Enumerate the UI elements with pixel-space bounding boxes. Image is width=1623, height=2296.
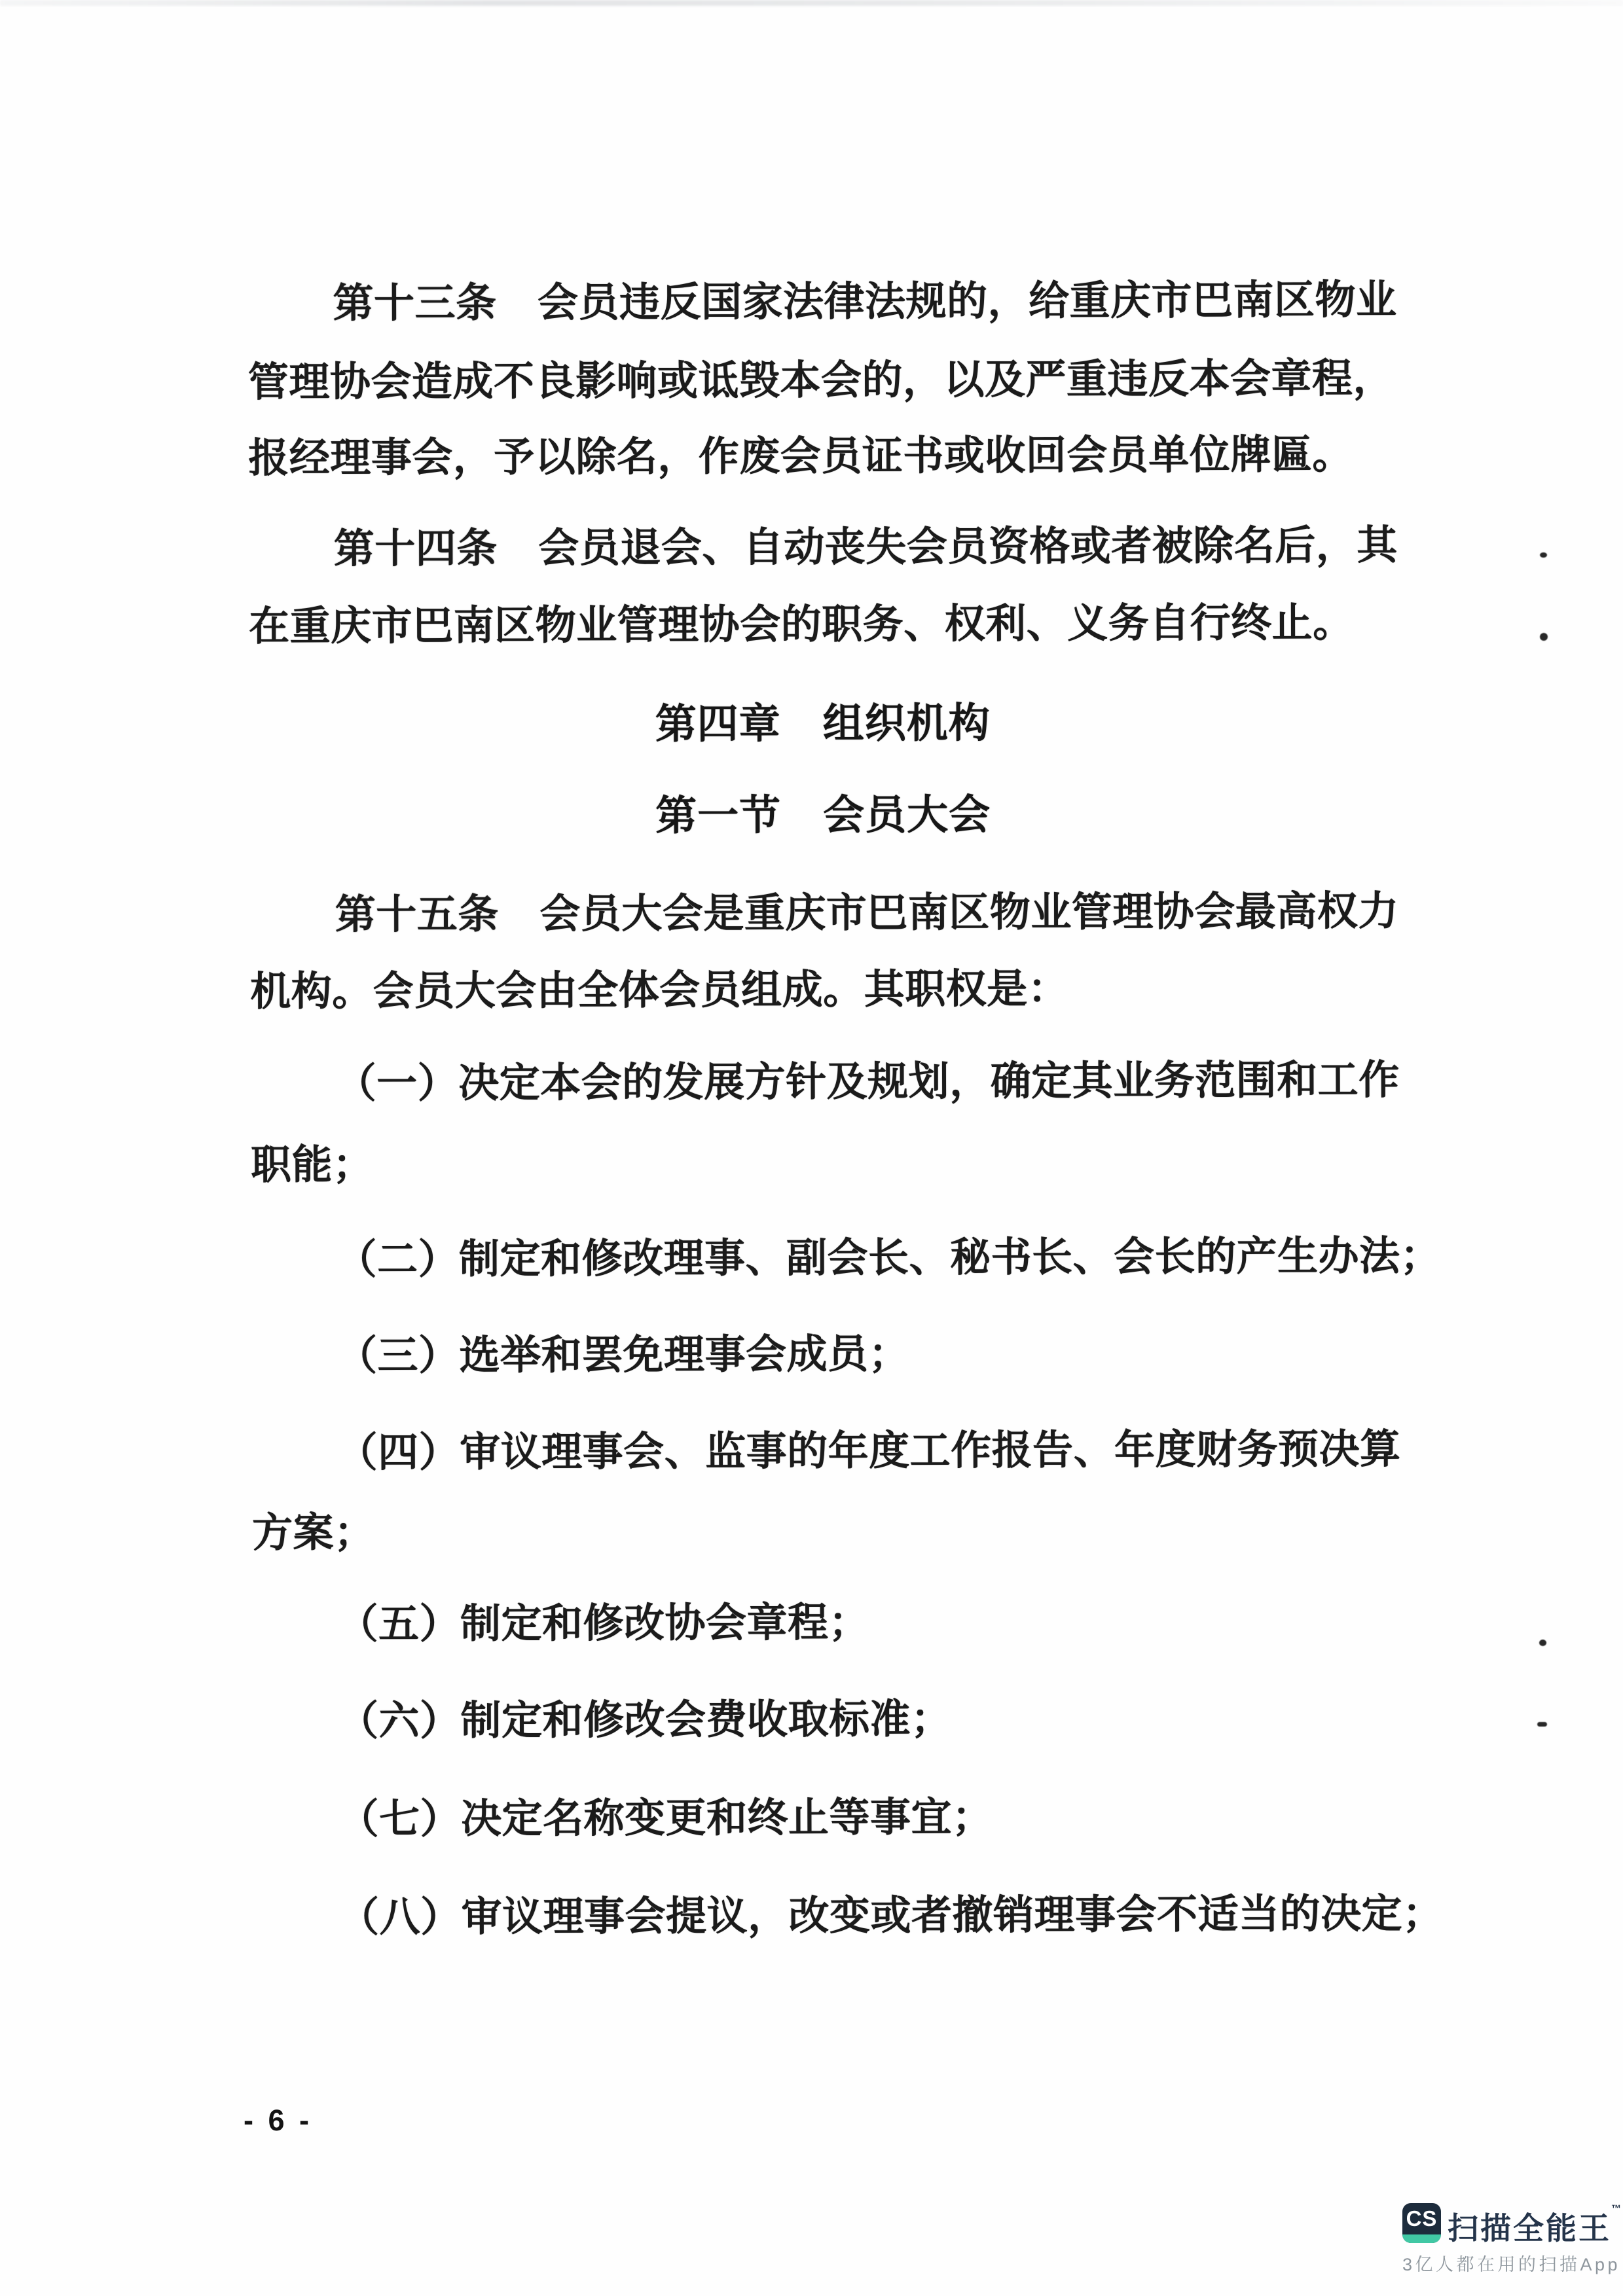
paragraph-13-line-2: 管理协会造成不良影响或诋毁本会的，以及严重违反本会章程， xyxy=(248,357,1394,405)
scan-speck xyxy=(1540,552,1547,558)
article-14-label: 第十四条 xyxy=(334,527,498,572)
paragraph-14-text-1: 会员退会、自动丧失会员资格或者被除名后，其 xyxy=(498,524,1398,571)
item-6-line: （六）制定和修改会费收取标准； xyxy=(338,1697,952,1744)
paragraph-13-line-3: 报经理事会，予以除名，作废会员证书或收回会员单位牌匾。 xyxy=(248,433,1353,481)
camscanner-icon-letters: CS xyxy=(1402,2206,1441,2231)
scan-speck xyxy=(1539,1640,1546,1646)
paragraph-15-line-1: 第十五条 会员大会是重庆市巴南区物业管理协会最高权力 xyxy=(335,889,1399,938)
scan-speck xyxy=(1537,1722,1547,1727)
camscanner-icon-accent-strip xyxy=(1402,2234,1441,2243)
item-1-line-2: 职能； xyxy=(251,1143,374,1188)
article-15-label: 第十五条 xyxy=(335,893,499,938)
item-5-line: （五）制定和修改协会章程； xyxy=(337,1601,869,1647)
chapter-4-heading: 第四章 组织机构 xyxy=(249,700,1396,749)
item-8-line: （八）审议理事会提议，改变或者撤销理事会不适当的决定； xyxy=(338,1892,1444,1941)
camscanner-app-name: 扫描全能王™ xyxy=(1448,2204,1621,2248)
paragraph-15-line-2: 机构。会员大会由全体会员组成。其职权是： xyxy=(250,967,1068,1015)
page-number: - 6 - xyxy=(244,2104,312,2138)
scanned-document-page: 第十三条 会员违反国家法律法规的，给重庆市巴南区物业 管理协会造成不良影响或诋毁… xyxy=(0,0,1623,2296)
paragraph-14-line-2: 在重庆市巴南区物业管理协会的职务、权利、义务自行终止。 xyxy=(249,601,1354,649)
scan-speck xyxy=(1540,633,1548,641)
camscanner-logo-icon: CS xyxy=(1402,2203,1441,2243)
item-1-line-1: （一）决定本会的发展方针及规划，确定其业务范围和工作 xyxy=(336,1058,1400,1107)
item-7-line: （七）决定名称变更和终止等事宜； xyxy=(338,1795,993,1842)
camscanner-app-name-text: 扫描全能王 xyxy=(1448,2211,1611,2246)
article-13-label: 第十三条 xyxy=(333,281,496,327)
item-2-line: （二）制定和修改理事、副会长、秘书长、会长的产生办法； xyxy=(336,1234,1441,1283)
paragraph-15-text-1: 会员大会是重庆市巴南区物业管理协会最高权力 xyxy=(499,889,1399,937)
paragraph-13-line-1: 第十三条 会员违反国家法律法规的，给重庆市巴南区物业 xyxy=(333,278,1396,327)
trademark-symbol: ™ xyxy=(1611,2203,1621,2214)
paragraph-14-line-1: 第十四条 会员退会、自动丧失会员资格或者被除名后，其 xyxy=(334,524,1398,572)
item-3-line: （三）选举和罢免理事会成员； xyxy=(337,1332,909,1378)
paragraph-13-text-1: 会员违反国家法律法规的，给重庆市巴南区物业 xyxy=(496,278,1396,326)
item-4-line-1: （四）审议理事会、监事的年度工作报告、年度财务预决算 xyxy=(337,1427,1401,1476)
section-1-heading: 第一节 会员大会 xyxy=(249,791,1396,840)
item-4-line-2: 方案； xyxy=(252,1511,375,1556)
camscanner-tagline: 3亿人都在用的扫描App xyxy=(1402,2250,1620,2276)
document-body: 第十三条 会员违反国家法律法规的，给重庆市巴南区物业 管理协会造成不良影响或诋毁… xyxy=(0,0,1623,2296)
